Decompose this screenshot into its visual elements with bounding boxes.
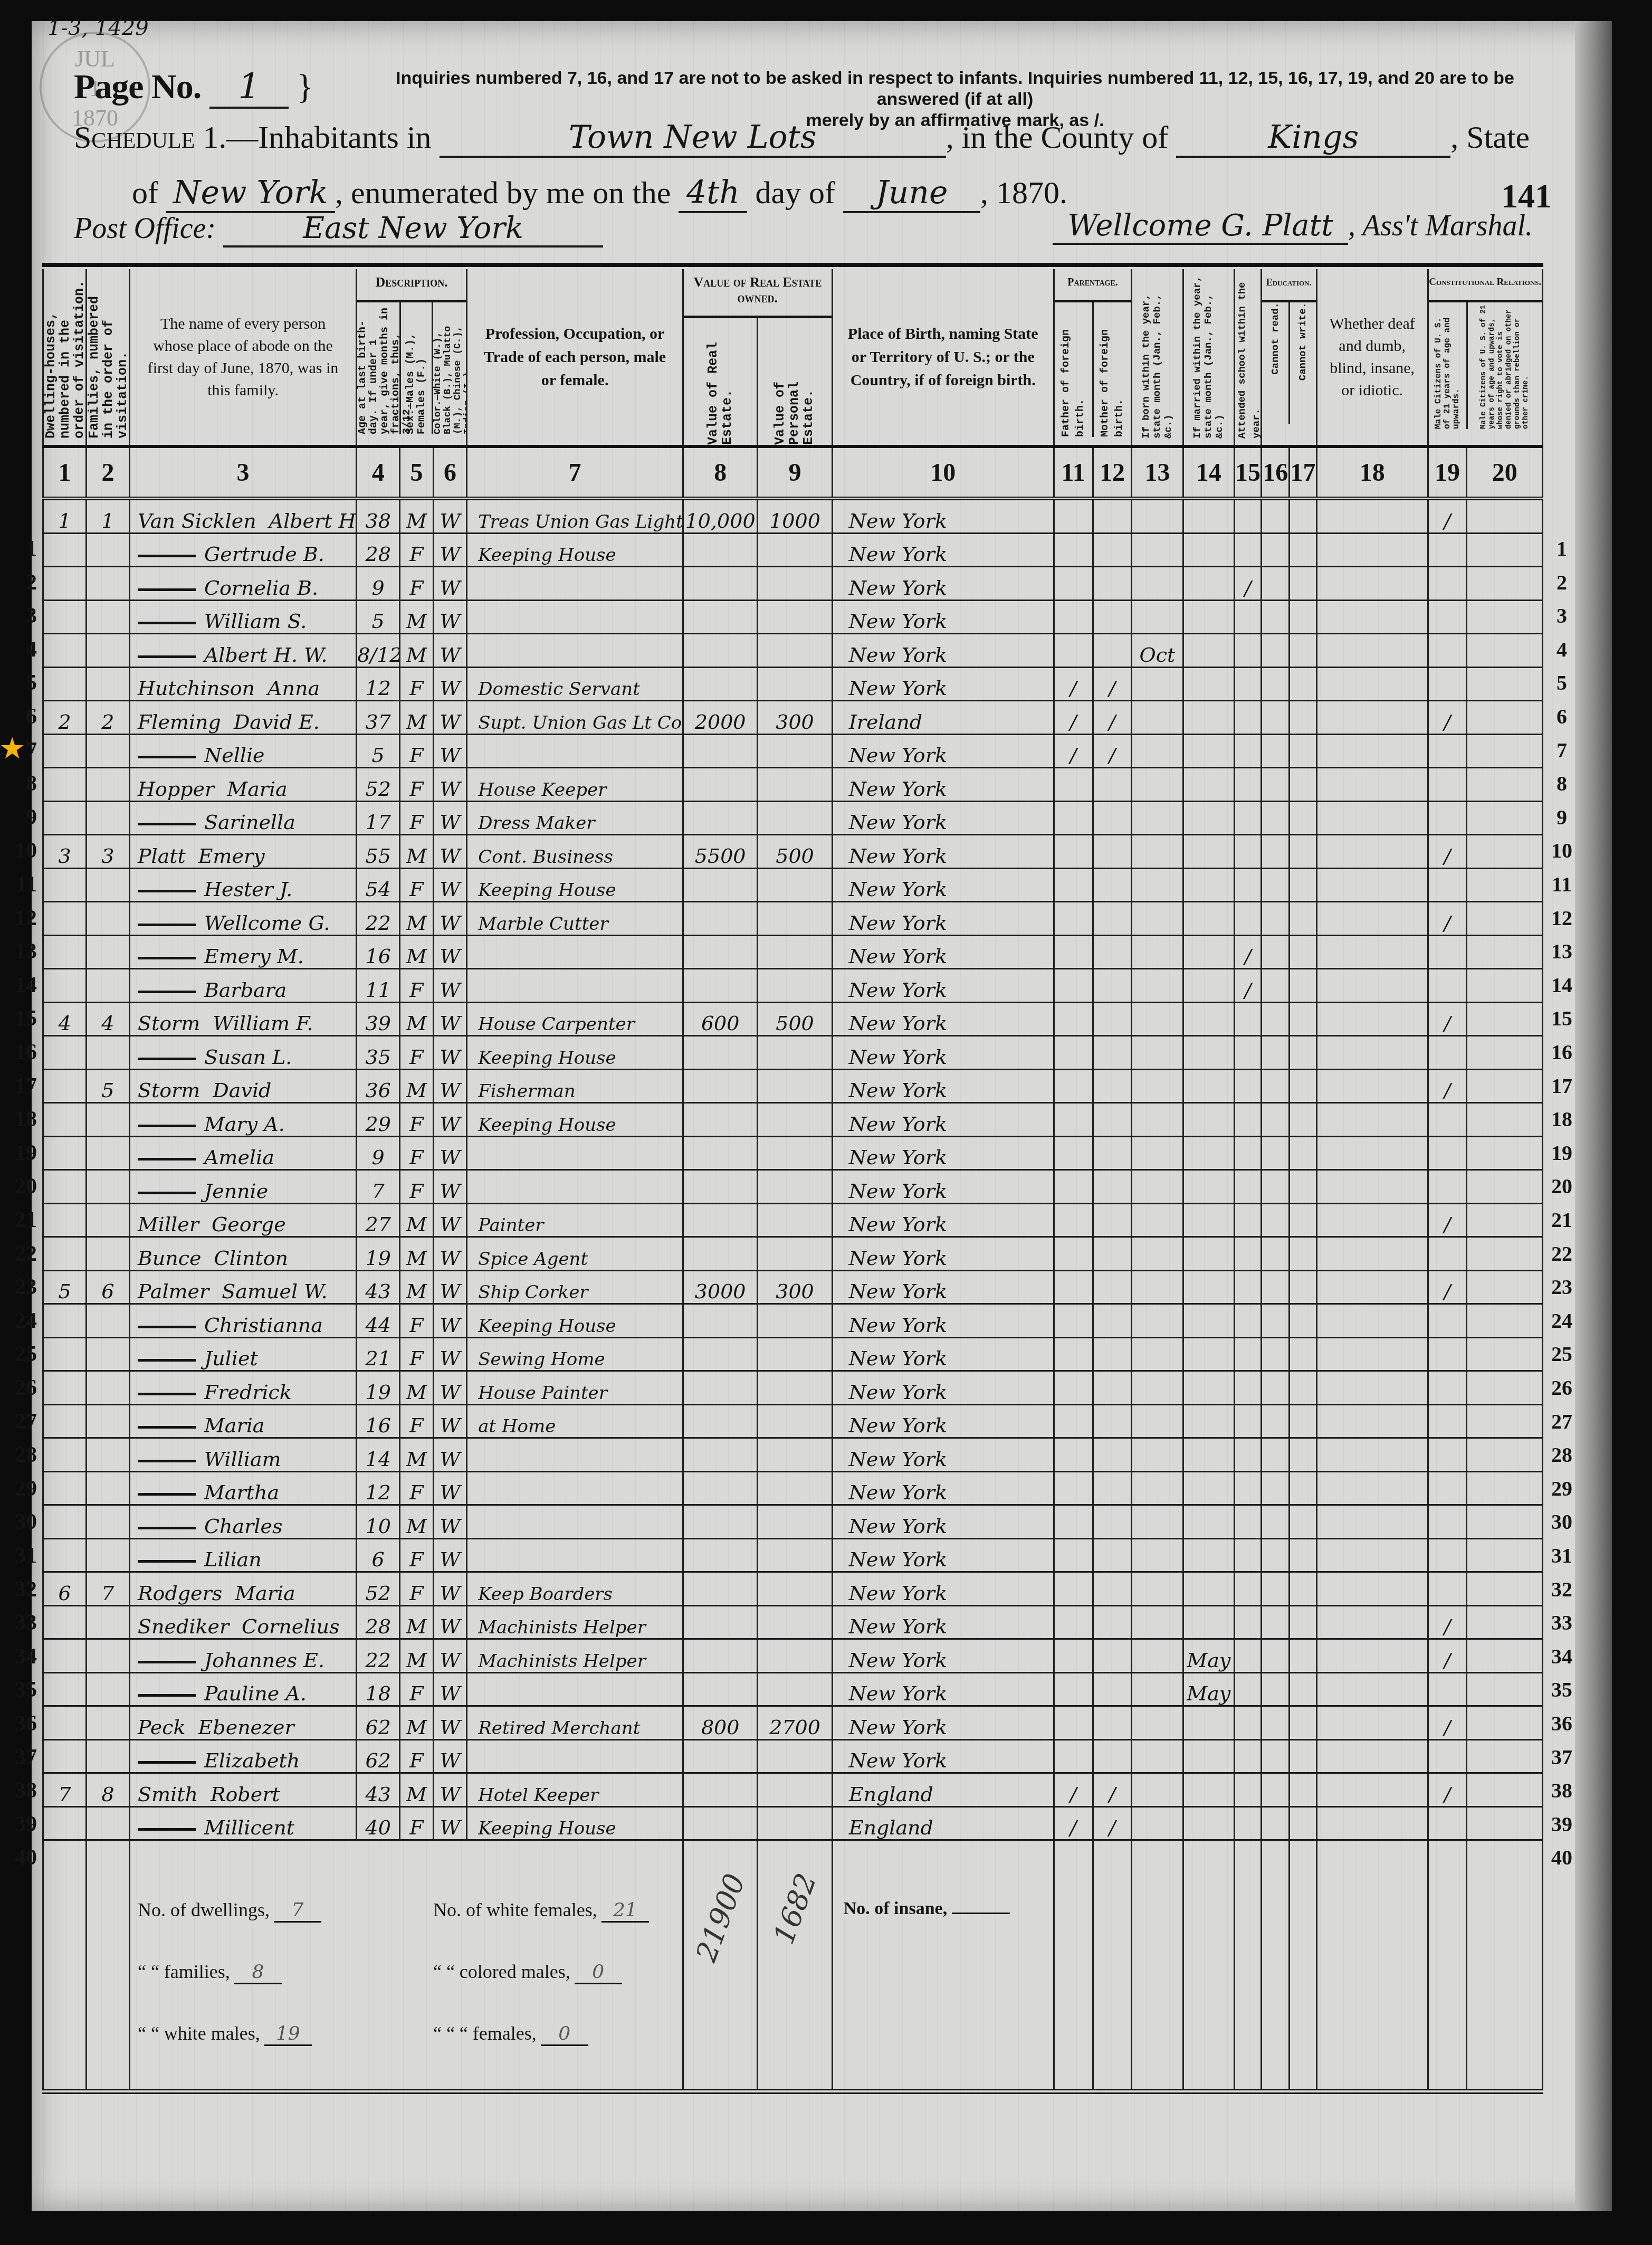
dwelling-cell	[43, 1806, 87, 1840]
father-foreign-cell	[1054, 1471, 1093, 1505]
married-month-cell	[1183, 1203, 1234, 1237]
sex-cell: F	[400, 567, 434, 601]
line-number-right: 7	[1543, 738, 1580, 763]
personal-estate-cell	[758, 1505, 832, 1539]
header-dwelling: Dwelling-houses, numbered in the order o…	[44, 272, 86, 439]
cannot-write-cell	[1290, 634, 1316, 668]
line-number-right: 17	[1543, 1073, 1580, 1098]
person-name: Amelia	[129, 1136, 356, 1170]
school-cell	[1234, 1203, 1261, 1237]
line-number-left: 35	[5, 1677, 37, 1702]
sex-cell: M	[400, 1371, 434, 1405]
personal-estate-cell	[758, 1036, 832, 1070]
school-cell	[1234, 1371, 1261, 1405]
school-cell	[1234, 1605, 1261, 1639]
line-number-right: 15	[1543, 1006, 1580, 1031]
dwelling-cell	[43, 667, 87, 701]
birthplace-cell: New York	[832, 499, 1054, 534]
father-foreign-cell	[1054, 600, 1093, 634]
vote-denied-cell	[1467, 1002, 1543, 1036]
mother-foreign-cell	[1093, 1069, 1132, 1103]
cannot-write-cell	[1290, 1337, 1316, 1371]
vote-denied-cell	[1467, 1203, 1543, 1237]
mother-foreign-cell	[1093, 868, 1132, 902]
dwelling-cell	[43, 533, 87, 567]
mother-foreign-cell	[1093, 1371, 1132, 1405]
vote-denied-cell	[1467, 1739, 1543, 1773]
cannot-write-cell	[1290, 1639, 1316, 1673]
cannot-write-cell	[1290, 567, 1316, 601]
age-cell: 9	[357, 567, 400, 601]
citizen-cell: /	[1428, 1270, 1467, 1304]
census-table: Dwelling-houses, numbered in the order o…	[42, 269, 1543, 2094]
table-row: Charles10MWNew York	[43, 1505, 1543, 1539]
birthplace-cell: New York	[832, 1002, 1054, 1036]
ditto-dash	[138, 1426, 196, 1429]
mother-foreign-cell	[1093, 1471, 1132, 1505]
vote-denied-cell	[1467, 1471, 1543, 1505]
dwelling-cell	[43, 600, 87, 634]
personal-estate-cell	[758, 667, 832, 701]
married-month-cell	[1183, 1404, 1234, 1438]
real-estate-cell	[683, 1572, 757, 1606]
deaf-blind-cell	[1316, 734, 1428, 768]
table-row: Jennie7FWNew York	[43, 1170, 1543, 1204]
given-name: Nellie	[204, 744, 265, 767]
dwelling-cell	[43, 768, 87, 802]
line-number-left: 21	[5, 1207, 37, 1233]
table-row: Amelia9FWNew York	[43, 1136, 1543, 1170]
birthplace-cell: New York	[832, 1672, 1054, 1706]
line-number-left: 39	[5, 1812, 37, 1837]
married-month-cell	[1183, 1773, 1234, 1807]
table-row: 22FlemingDavid E.37MWSupt. Union Gas Lt …	[43, 701, 1543, 735]
schedule-line: Schedule 1.—Inhabitants in Town New Lots…	[74, 119, 1530, 158]
line-number-right: 12	[1543, 906, 1580, 930]
personal-estate-cell	[758, 969, 832, 1003]
column-number: 4	[357, 446, 400, 499]
table-row: HopperMaria52FWHouse KeeperNew York	[43, 768, 1543, 802]
given-name: William F.	[213, 1012, 313, 1035]
deaf-blind-cell	[1316, 1806, 1428, 1840]
father-foreign-cell	[1054, 902, 1093, 936]
table-row: SnedikerCornelius28MWMachinists HelperNe…	[43, 1605, 1543, 1639]
line-number-left: 13	[5, 939, 37, 964]
schedule-label: Schedule	[74, 120, 195, 155]
color-cell: W	[433, 667, 467, 701]
cannot-write-cell	[1290, 1404, 1316, 1438]
school-cell: /	[1234, 969, 1261, 1003]
line-number-right: 33	[1543, 1610, 1580, 1635]
color-cell: W	[433, 1203, 467, 1237]
line-number-left: 2	[5, 570, 37, 595]
given-name: Emery	[198, 844, 265, 868]
age-cell: 52	[357, 1572, 400, 1606]
father-foreign-cell	[1054, 801, 1093, 835]
occupation-cell	[467, 1739, 683, 1773]
mother-foreign-cell	[1093, 969, 1132, 1003]
citizen-cell	[1428, 1404, 1467, 1438]
sex-cell: M	[400, 935, 434, 969]
header-married-month: If married within the year, state month …	[1192, 272, 1225, 439]
vote-denied-cell	[1467, 499, 1543, 534]
sex-cell: F	[400, 667, 434, 701]
citizen-cell	[1428, 1136, 1467, 1170]
age-cell: 10	[357, 1505, 400, 1539]
deaf-blind-cell	[1316, 969, 1428, 1003]
cannot-write-cell	[1290, 1672, 1316, 1706]
line-number-right: 5	[1543, 670, 1580, 695]
deaf-blind-cell	[1316, 1103, 1428, 1137]
birthplace-cell: New York	[832, 1203, 1054, 1237]
marshal-label: , Ass't Marshal.	[1348, 210, 1533, 242]
birthplace-cell: New York	[832, 1605, 1054, 1639]
deaf-blind-cell	[1316, 1672, 1428, 1706]
table-row: Mary A.29FWKeeping HouseNew York	[43, 1103, 1543, 1137]
given-name: David E.	[234, 710, 320, 734]
table-row: Juliet21FWSewing HomeNew York	[43, 1337, 1543, 1371]
sex-cell: F	[400, 1672, 434, 1706]
person-name: HutchinsonAnna	[129, 667, 356, 701]
deaf-blind-cell	[1316, 1337, 1428, 1371]
born-month-cell	[1132, 1639, 1183, 1673]
born-month-cell	[1132, 1806, 1183, 1840]
line-number-right: 16	[1543, 1040, 1580, 1064]
given-name: Christianna	[204, 1314, 323, 1337]
of-label: of	[132, 175, 158, 210]
occupation-cell	[467, 935, 683, 969]
real-estate-cell	[683, 868, 757, 902]
color-cell: W	[433, 1304, 467, 1338]
sex-cell: F	[400, 1806, 434, 1840]
ditto-dash	[138, 1192, 196, 1194]
color-cell: W	[433, 935, 467, 969]
header-name: The name of every person whose place of …	[129, 269, 356, 446]
vote-denied-cell	[1467, 734, 1543, 768]
header-family: Families, numbered in the order of visit…	[87, 272, 129, 439]
given-name: Albert H. W.	[269, 509, 357, 532]
occupation-cell: Cont. Business	[467, 835, 683, 869]
sex-cell: F	[400, 1471, 434, 1505]
birthplace-cell: New York	[832, 1438, 1054, 1472]
cannot-read-cell	[1262, 835, 1290, 869]
line-number-left: 26	[5, 1375, 37, 1401]
mother-foreign-cell	[1093, 1304, 1132, 1338]
real-estate-cell	[683, 734, 757, 768]
line-number-right: 39	[1543, 1812, 1580, 1837]
notice-line-1: Inquiries numbered 7, 16, and 17 are not…	[364, 68, 1546, 110]
vote-denied-cell	[1467, 701, 1543, 735]
occupation-cell: Treas Union Gas Light Co	[467, 499, 683, 534]
born-month-cell	[1132, 533, 1183, 567]
citizen-cell: /	[1428, 1605, 1467, 1639]
vote-denied-cell	[1467, 1069, 1543, 1103]
school-cell	[1234, 1672, 1261, 1706]
color-cell: W	[433, 1170, 467, 1204]
school-cell	[1234, 1806, 1261, 1840]
citizen-cell	[1428, 1170, 1467, 1204]
school-cell	[1234, 634, 1261, 668]
table-row: Fredrick19MWHouse PainterNew York	[43, 1371, 1543, 1405]
header-father-foreign: Father of foreign birth.	[1059, 302, 1087, 437]
citizen-cell: /	[1428, 1639, 1467, 1673]
vote-denied-cell	[1467, 1806, 1543, 1840]
dwelling-cell	[43, 969, 87, 1003]
cannot-write-cell	[1290, 1371, 1316, 1405]
occupation-cell: Machinists Helper	[467, 1639, 683, 1673]
mother-foreign-cell	[1093, 567, 1132, 601]
person-name: Hester J.	[129, 868, 356, 902]
vote-denied-cell	[1467, 1404, 1543, 1438]
person-name: Albert H. W.	[129, 634, 356, 668]
color-cell: W	[433, 1572, 467, 1606]
born-month-cell	[1132, 1739, 1183, 1773]
person-name: Sarinella	[129, 801, 356, 835]
column-number: 3	[129, 446, 356, 499]
age-cell: 11	[357, 969, 400, 1003]
surname: Storm	[138, 1012, 200, 1035]
real-estate-cell	[683, 1103, 757, 1137]
line-number-right: 23	[1543, 1274, 1580, 1299]
real-estate-cell: 10,000	[683, 499, 757, 534]
dwelling-cell: 2	[43, 701, 87, 735]
married-month-cell	[1183, 1304, 1234, 1338]
table-row: William14MWNew York	[43, 1438, 1543, 1472]
person-name: Susan L.	[129, 1036, 356, 1070]
table-row: William S.5MWNew York	[43, 600, 1543, 634]
person-name: Pauline A.	[129, 1672, 356, 1706]
day-of-label: day of	[755, 175, 835, 210]
table-row: 33PlattEmery55MWCont. Business5500500New…	[43, 835, 1543, 869]
school-cell	[1234, 1304, 1261, 1338]
color-cell: W	[433, 1706, 467, 1740]
given-name: Maria	[227, 777, 288, 801]
personal-estate-cell	[758, 533, 832, 567]
personal-estate-cell	[758, 567, 832, 601]
age-cell: 19	[357, 1237, 400, 1271]
ditto-dash	[138, 1694, 196, 1697]
age-cell: 14	[357, 1438, 400, 1472]
surname: Palmer	[138, 1280, 209, 1303]
cannot-read-cell	[1262, 1706, 1290, 1740]
real-estate-cell	[683, 935, 757, 969]
cannot-write-cell	[1290, 1002, 1316, 1036]
school-cell	[1234, 1069, 1261, 1103]
cannot-read-cell	[1262, 935, 1290, 969]
born-month-cell	[1132, 1304, 1183, 1338]
occupation-cell: House Carpenter	[467, 1002, 683, 1036]
dwelling-cell	[43, 734, 87, 768]
line-number-left: 8	[5, 771, 37, 796]
family-cell	[86, 935, 129, 969]
age-cell: 16	[357, 935, 400, 969]
person-name: SmithRobert	[129, 1773, 356, 1807]
birthplace-cell: New York	[832, 667, 1054, 701]
vote-denied-cell	[1467, 902, 1543, 936]
person-name: Elizabeth	[129, 1739, 356, 1773]
personal-estate-cell	[758, 1605, 832, 1639]
mother-foreign-cell	[1093, 801, 1132, 835]
dwelling-cell	[43, 1170, 87, 1204]
citizen-cell	[1428, 1538, 1467, 1572]
color-cell: W	[433, 1471, 467, 1505]
deaf-blind-cell	[1316, 768, 1428, 802]
born-month-cell	[1132, 1170, 1183, 1204]
header-citizen: Male Citizens of U. S. of 21 years of ag…	[1434, 302, 1461, 429]
mother-foreign-cell	[1093, 1270, 1132, 1304]
star-marker-icon[interactable]: ★	[0, 731, 25, 766]
state-field: New York	[166, 174, 335, 213]
cannot-read-cell	[1262, 1672, 1290, 1706]
ditto-dash	[138, 555, 196, 557]
ditto-dash	[138, 655, 196, 658]
line-number-left: 10	[5, 838, 37, 863]
given-name: Maria	[204, 1414, 265, 1437]
real-estate-cell	[683, 1371, 757, 1405]
vote-denied-cell	[1467, 1505, 1543, 1539]
occupation-cell: Supt. Union Gas Lt Co	[467, 701, 683, 735]
mother-foreign-cell	[1093, 1538, 1132, 1572]
sex-cell: M	[400, 499, 434, 534]
line-number-left: 9	[5, 805, 37, 830]
color-cell: W	[433, 1538, 467, 1572]
sex-cell: F	[400, 1538, 434, 1572]
given-name: Charles	[204, 1515, 283, 1538]
cannot-read-cell	[1262, 533, 1290, 567]
given-name: Pauline A.	[204, 1682, 307, 1705]
occupation-cell: Machinists Helper	[467, 1605, 683, 1639]
deaf-blind-cell	[1316, 1304, 1428, 1338]
birthplace-cell: New York	[832, 1706, 1054, 1740]
occupation-cell: Keeping House	[467, 1806, 683, 1840]
school-cell	[1234, 1438, 1261, 1472]
age-cell: 21	[357, 1337, 400, 1371]
cannot-read-cell	[1262, 1371, 1290, 1405]
vote-denied-cell	[1467, 1438, 1543, 1472]
married-month-cell	[1183, 567, 1234, 601]
married-month-cell	[1183, 499, 1234, 534]
line-number-left: 6	[5, 704, 37, 729]
census-rows: 11Van SicklenAlbert H. W.38MWTreas Union…	[43, 499, 1543, 1840]
citizen-cell	[1428, 1739, 1467, 1773]
father-foreign-cell	[1054, 1203, 1093, 1237]
real-estate-cell	[683, 533, 757, 567]
real-estate-cell	[683, 1404, 757, 1438]
deaf-blind-cell	[1316, 1203, 1428, 1237]
cannot-read-cell	[1262, 1538, 1290, 1572]
line-number-right: 1	[1543, 536, 1580, 561]
age-cell: 18	[357, 1672, 400, 1706]
cannot-write-cell	[1290, 499, 1316, 534]
table-row: Lilian6FWNew York	[43, 1538, 1543, 1572]
cannot-write-cell	[1290, 1773, 1316, 1807]
deaf-blind-cell	[1316, 634, 1428, 668]
person-name: William S.	[129, 600, 356, 634]
age-cell: 5	[357, 734, 400, 768]
real-estate-cell	[683, 1672, 757, 1706]
citizen-cell	[1428, 1572, 1467, 1606]
dwelling-cell	[43, 1739, 87, 1773]
family-cell	[86, 1304, 129, 1338]
column-number: 5	[400, 446, 434, 499]
table-row: Wellcome G.22MWMarble CutterNew York/	[43, 902, 1543, 936]
father-foreign-cell	[1054, 1170, 1093, 1204]
citizen-cell	[1428, 1672, 1467, 1706]
cannot-write-cell	[1290, 868, 1316, 902]
table-row: Gertrude B.28FWKeeping HouseNew York	[43, 533, 1543, 567]
born-month-cell	[1132, 701, 1183, 735]
father-foreign-cell	[1054, 1103, 1093, 1137]
deaf-blind-cell	[1316, 567, 1428, 601]
deaf-blind-cell	[1316, 1438, 1428, 1472]
deaf-blind-cell	[1316, 1605, 1428, 1639]
birthplace-cell: New York	[832, 567, 1054, 601]
color-cell: W	[433, 634, 467, 668]
vote-denied-cell	[1467, 1572, 1543, 1606]
father-foreign-cell: /	[1054, 1773, 1093, 1807]
family-cell	[86, 801, 129, 835]
table-row: Hester J.54FWKeeping HouseNew York	[43, 868, 1543, 902]
cannot-read-cell	[1262, 1036, 1290, 1070]
ditto-dash	[138, 1158, 196, 1160]
citizen-cell	[1428, 1304, 1467, 1338]
father-foreign-cell	[1054, 768, 1093, 802]
line-number-right: 2	[1543, 570, 1580, 595]
cannot-read-cell	[1262, 1404, 1290, 1438]
dwelling-cell	[43, 1237, 87, 1271]
born-month-cell	[1132, 1404, 1183, 1438]
table-row: Barbara11FWNew York/	[43, 969, 1543, 1003]
vote-denied-cell	[1467, 768, 1543, 802]
father-foreign-cell	[1054, 1672, 1093, 1706]
birthplace-cell: New York	[832, 902, 1054, 936]
table-row: MillerGeorge27MWPainterNew York/	[43, 1203, 1543, 1237]
mother-foreign-cell: /	[1093, 667, 1132, 701]
married-month-cell	[1183, 1069, 1234, 1103]
mother-foreign-cell	[1093, 1237, 1132, 1271]
birthplace-cell: New York	[832, 1304, 1054, 1338]
given-name: Hester J.	[204, 878, 293, 901]
line-number-left: 14	[5, 973, 37, 998]
person-name: Maria	[129, 1404, 356, 1438]
school-cell	[1234, 835, 1261, 869]
married-month-cell	[1183, 1002, 1234, 1036]
mother-foreign-cell: /	[1093, 1773, 1132, 1807]
cannot-write-cell	[1290, 734, 1316, 768]
citizen-cell	[1428, 868, 1467, 902]
sex-cell: F	[400, 1136, 434, 1170]
real-estate-cell: 5500	[683, 835, 757, 869]
column-number: 13	[1132, 446, 1183, 499]
dwelling-cell	[43, 634, 87, 668]
citizen-cell: /	[1428, 835, 1467, 869]
age-cell: 22	[357, 1639, 400, 1673]
family-cell	[86, 1136, 129, 1170]
month-field: June	[843, 174, 980, 213]
cannot-write-cell	[1290, 1203, 1316, 1237]
ditto-dash	[138, 1560, 196, 1563]
state-label: , State	[1450, 120, 1530, 155]
family-cell	[86, 1605, 129, 1639]
born-month-cell	[1132, 1136, 1183, 1170]
person-name: Charles	[129, 1505, 356, 1539]
father-foreign-cell	[1054, 634, 1093, 668]
given-name: Millicent	[204, 1816, 294, 1839]
birthplace-cell: England	[832, 1773, 1054, 1807]
vote-denied-cell	[1467, 969, 1543, 1003]
line-number-right: 14	[1543, 973, 1580, 997]
color-cell: W	[433, 1103, 467, 1137]
